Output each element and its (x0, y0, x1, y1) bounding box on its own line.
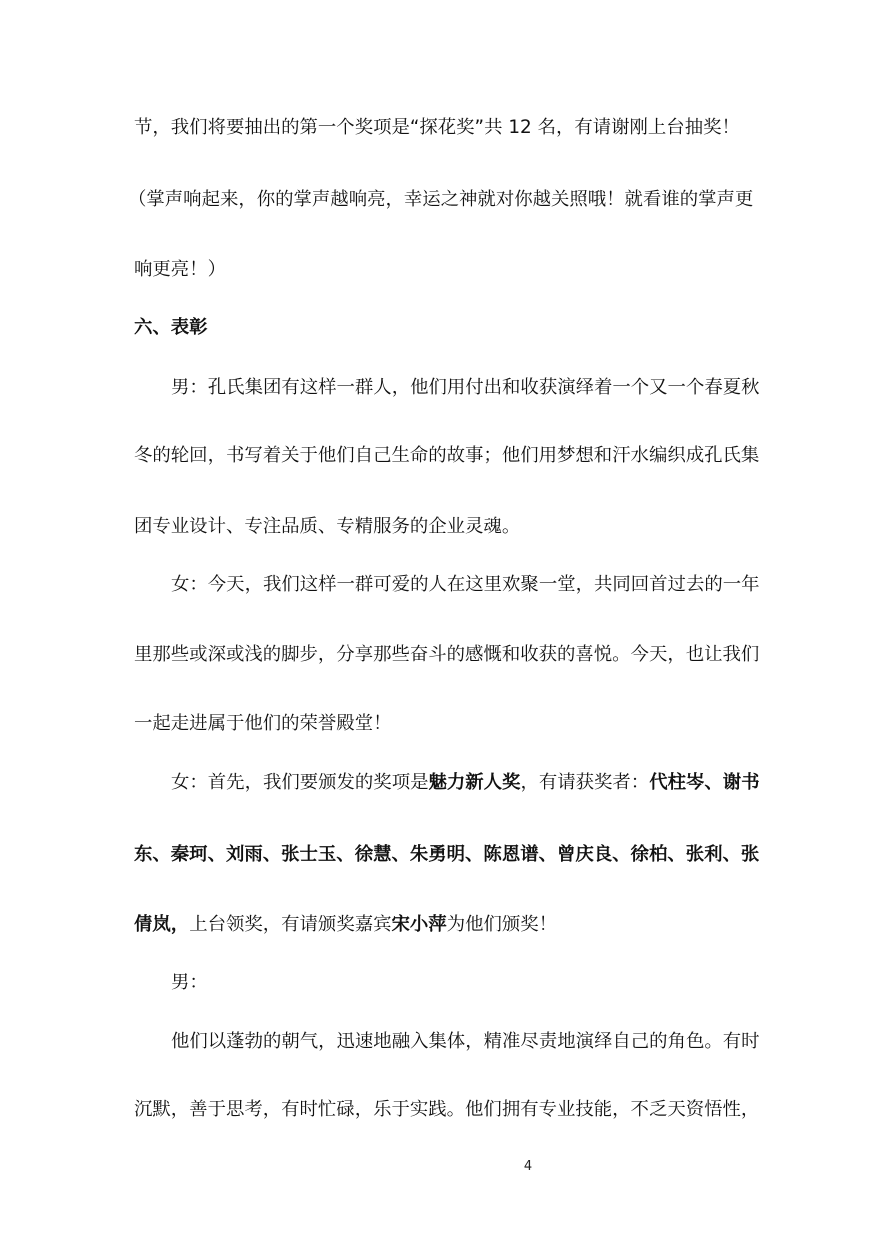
award-name: 魅力新人奖 (428, 772, 520, 793)
paragraph-line: 团专业设计、专注品质、专精服务的企业灵魂。 (134, 515, 754, 539)
paragraph-line: 沉默，善于思考，有时忙碌，乐于实践。他们拥有专业技能，不乏天资悟性， (134, 1098, 754, 1122)
paragraph-line: 他们以蓬勃的朝气，迅速地融入集体，精准尽责地演绎自己的角色。有时 (171, 1030, 754, 1054)
text-run: 女：首先，我们要颁发的奖项是 (171, 772, 428, 793)
text-run: ，有请获奖者： (520, 772, 649, 793)
paragraph-line: 节，我们将要抽出的第一个奖项是“探花奖”共 12 名，有请谢刚上台抽奖！ (134, 116, 754, 140)
winner-names: 倩岚， (134, 914, 189, 935)
winner-names: 代柱岑、谢书 (649, 772, 759, 793)
paragraph-line: 里那些或深或浅的脚步，分享那些奋斗的感慨和收获的喜悦。今天，也让我们 (134, 643, 754, 667)
paragraph-line: 男：孔氏集团有这样一群人，他们用付出和收获演绎着一个又一个春夏秋 (171, 376, 754, 400)
presenter-name: 宋小萍 (392, 914, 447, 935)
paragraph-line: （掌声响起来，你的掌声越响亮，幸运之神就对你越关照哦！就看谁的掌声更 (128, 188, 748, 212)
speaker-label: 男： (171, 971, 754, 995)
text-run: 上台领奖，有请颁奖嘉宾 (189, 914, 391, 935)
page-number: 4 (520, 1158, 536, 1176)
winner-names-line: 东、秦珂、刘雨、张士玉、徐慧、朱勇明、陈恩谱、曾庆良、徐柏、张利、张 (134, 843, 754, 867)
paragraph-line: 女：首先，我们要颁发的奖项是魅力新人奖，有请获奖者：代柱岑、谢书 (171, 771, 754, 795)
paragraph-line: 响更亮！） (134, 258, 754, 282)
paragraph-line: 一起走进属于他们的荣誉殿堂！ (134, 712, 754, 736)
section-heading: 六、表彰 (134, 316, 754, 340)
paragraph-line: 倩岚，上台领奖，有请颁奖嘉宾宋小萍为他们颁奖！ (134, 913, 754, 937)
text-run: 为他们颁奖！ (447, 914, 557, 935)
paragraph-line: 冬的轮回，书写着关于他们自己生命的故事；他们用梦想和汗水编织成孔氏集 (134, 444, 754, 468)
document-page: 节，我们将要抽出的第一个奖项是“探花奖”共 12 名，有请谢刚上台抽奖！ （掌声… (0, 0, 884, 1250)
paragraph-line: 女：今天，我们这样一群可爱的人在这里欢聚一堂，共同回首过去的一年 (171, 573, 754, 597)
